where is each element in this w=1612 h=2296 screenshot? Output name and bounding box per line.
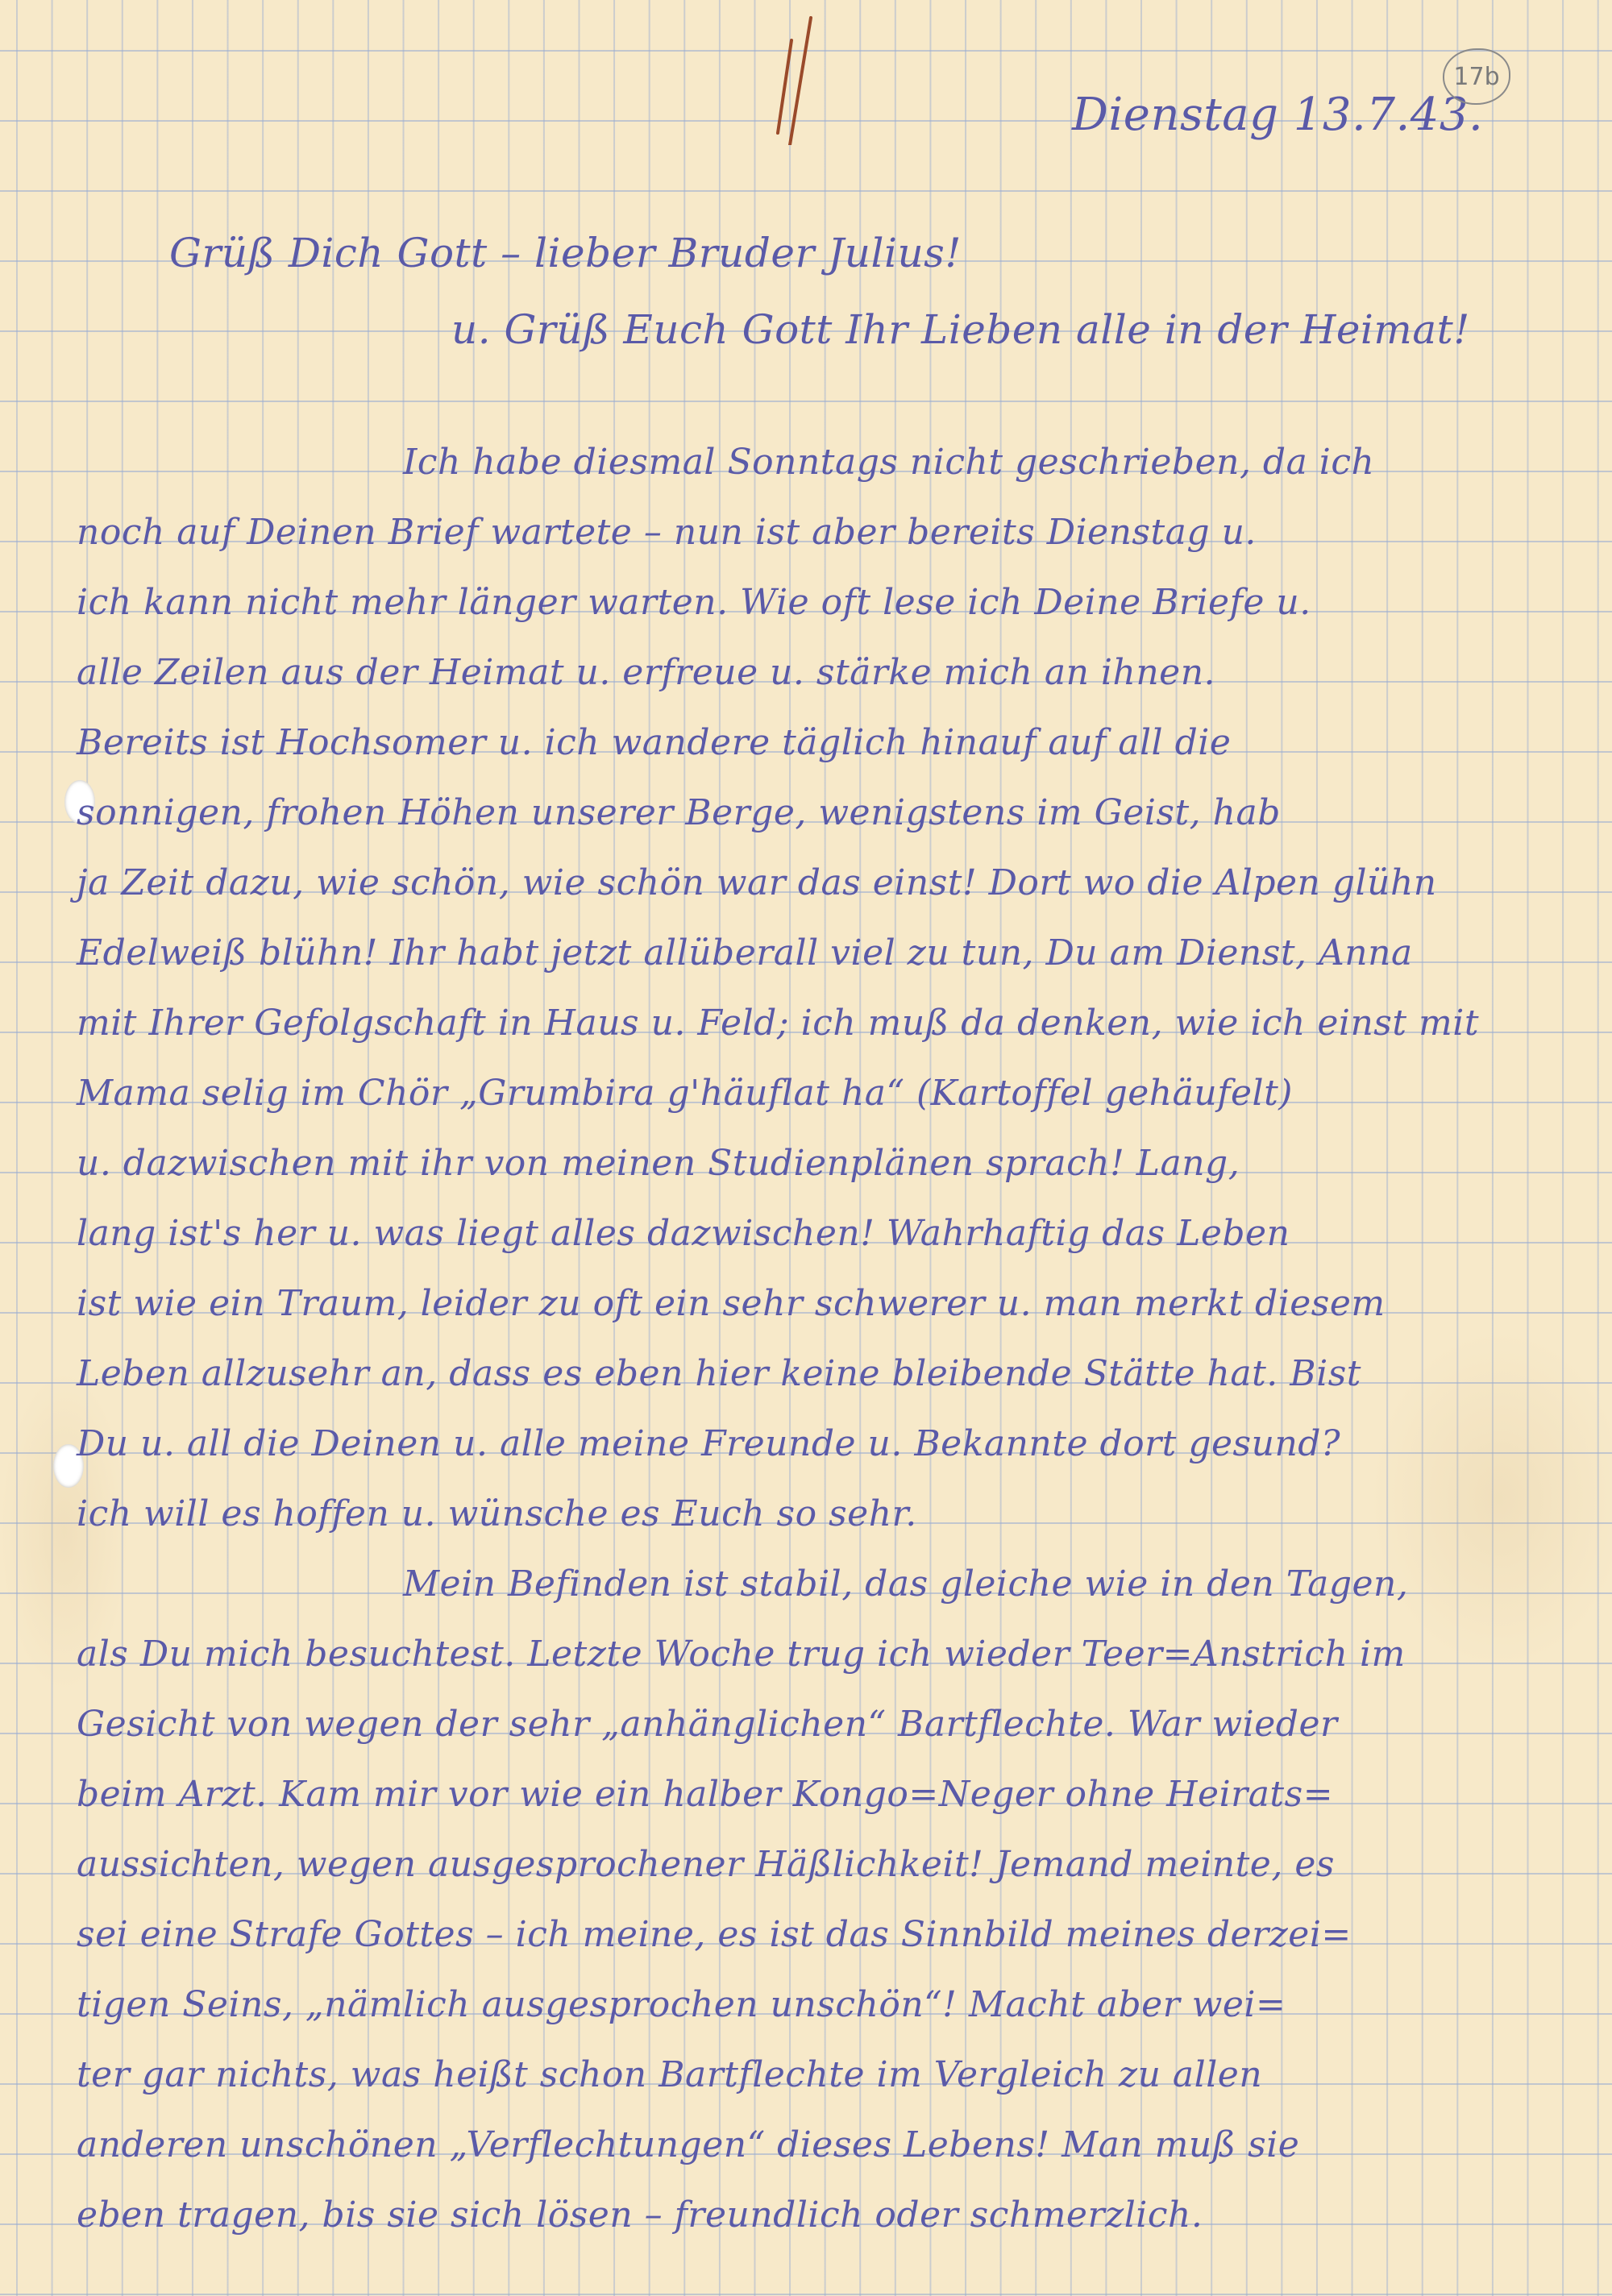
letter-body-line: als Du mich besuchtest. Letzte Woche tru… [77,1634,1406,1675]
letter-body-line: Leben allzusehr an, dass es eben hier ke… [77,1353,1361,1394]
salutation-line-2: u. Grüß Euch Gott Ihr Lieben alle in der… [451,306,1470,353]
letter-body-line: Ich habe diesmal Sonntags nicht geschrie… [403,442,1374,483]
paper-stain [1370,1330,1612,1668]
letter-date: Dienstag 13.7.43. [1072,89,1483,141]
letter-body-line: anderen unschönen „Verflechtungen“ diese… [77,2124,1299,2165]
archive-number: 17b [1453,63,1499,91]
letter-body-line: sonnigen, frohen Höhen unserer Berge, we… [77,792,1281,833]
letter-body-line: eben tragen, bis sie sich lösen – freund… [77,2194,1203,2236]
letter-body-line: Mein Befinden ist stabil, das gleiche wi… [403,1563,1408,1605]
letter-body-line: lang ist's her u. was liegt alles dazwis… [77,1213,1290,1254]
letter-body-line: Mama selig im Chör „Grumbira g'häuflat h… [77,1073,1293,1114]
letter-body-line: ja Zeit dazu, wie schön, wie schön war d… [77,862,1437,903]
letter-body-line: Du u. all die Deinen u. alle meine Freun… [77,1423,1340,1464]
letter-body-line: ist wie ein Traum, leider zu oft ein seh… [77,1283,1386,1324]
letter-body-line: aussichten, wegen ausgesprochener Häßlic… [77,1844,1335,1885]
letter-body-line: sei eine Strafe Gottes – ich meine, es i… [77,1914,1352,1955]
red-pencil-mark [774,8,822,145]
letter-body-line: ter gar nichts, was heißt schon Bartflec… [77,2054,1262,2095]
letter-body-line: Edelweiß blühn! Ihr habt jetzt allüberal… [77,932,1413,974]
letter-body-line: ich kann nicht mehr länger warten. Wie o… [77,582,1311,623]
letter-body-line: tigen Seins, „nämlich ausgesprochen unsc… [77,1984,1286,2025]
letter-body-line: noch auf Deinen Brief wartete – nun ist … [77,512,1257,553]
letter-body-line: beim Arzt. Kam mir vor wie ein halber Ko… [77,1774,1333,1815]
letter-body-line: ich will es hoffen u. wünsche es Euch so… [77,1493,917,1534]
letter-body-line: mit Ihrer Gefolgschaft in Haus u. Feld; … [77,1003,1479,1044]
salutation-line-1: Grüß Dich Gott – lieber Bruder Julius! [169,230,962,276]
letter-body-line: Gesicht von wegen der sehr „anhänglichen… [77,1704,1338,1745]
letter-body-line: Bereits ist Hochsomer u. ich wandere täg… [77,722,1231,763]
archive-number-badge: 17b [1443,48,1510,105]
letter-body-line: alle Zeilen aus der Heimat u. erfreue u.… [77,652,1215,693]
letter-body-line: u. dazwischen mit ihr von meinen Studien… [77,1143,1240,1184]
